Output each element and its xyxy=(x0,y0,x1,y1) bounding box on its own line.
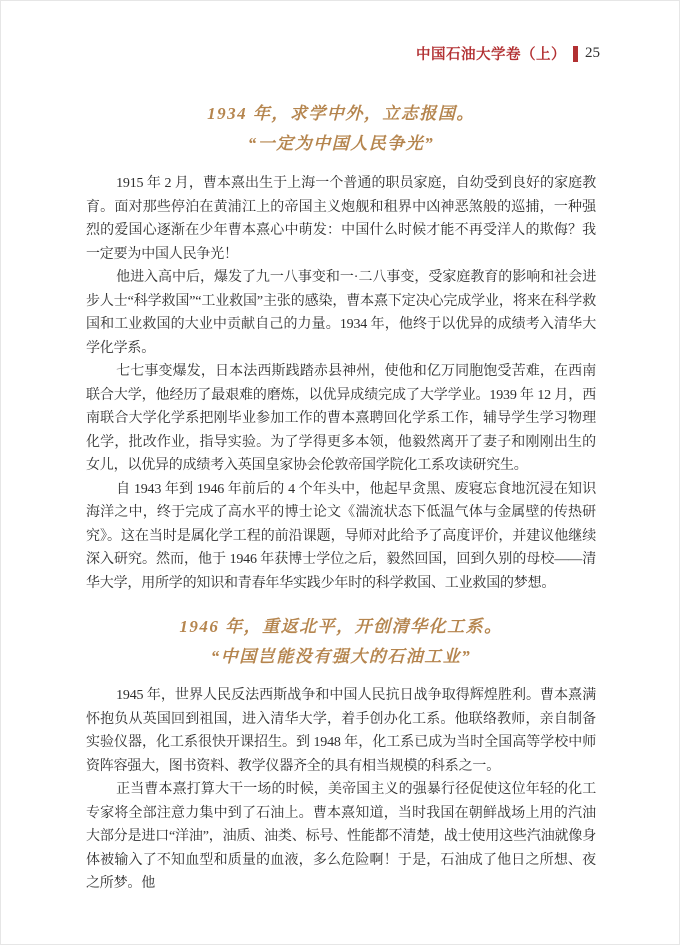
page-content: 1934 年，求学中外，立志报国。 “一定为中国人民争光” 1915 年 2 月… xyxy=(86,1,596,896)
paragraph-high-school-resolve: 他进入高中后，爆发了九一八事变和一·二八事变，受家庭教育的影响和社会进步人士“科… xyxy=(86,266,596,360)
section-1934-body: 1915 年 2 月，曹本熹出生于上海一个普通的职员家庭，自幼受到良好的家庭教育… xyxy=(86,172,596,595)
section-heading-1946: 1946 年，重返北平，开创清华化工系。 “中国岂能没有强大的石油工业” xyxy=(86,612,596,672)
book-page: 中国石油大学卷（上） 25 1934 年，求学中外，立志报国。 “一定为中国人民… xyxy=(0,0,680,945)
paragraph-birth-family: 1915 年 2 月，曹本熹出生于上海一个普通的职员家庭，自幼受到良好的家庭教育… xyxy=(86,172,596,266)
section-1946-heading-line-2: “中国岂能没有强大的石油工业” xyxy=(86,642,596,672)
paragraph-doctorate-return: 自 1943 年到 1946 年前后的 4 个年头中，他起早贪黑、废寝忘食地沉浸… xyxy=(86,478,596,596)
section-1946: 1946 年，重返北平，开创清华化工系。 “中国岂能没有强大的石油工业” 194… xyxy=(86,612,596,896)
section-1934-heading-line-2: “一定为中国人民争光” xyxy=(86,129,596,159)
section-heading-1934: 1934 年，求学中外，立志报国。 “一定为中国人民争光” xyxy=(86,99,596,159)
section-1934: 1934 年，求学中外，立志报国。 “一定为中国人民争光” 1915 年 2 月… xyxy=(86,99,596,595)
paragraph-petroleum-focus: 正当曹本熹打算大干一场的时候，美帝国主义的强暴行径促使这位年轻的化工专家将全部注… xyxy=(86,778,596,896)
section-1946-heading-line-1: 1946 年，重返北平，开创清华化工系。 xyxy=(86,612,596,642)
section-1934-heading-line-1: 1934 年，求学中外，立志报国。 xyxy=(86,99,596,129)
section-1946-body: 1945 年，世界人民反法西斯战争和中国人民抗日战争取得辉煌胜利。曹本熹满怀抱负… xyxy=(86,684,596,896)
paragraph-founding-department: 1945 年，世界人民反法西斯战争和中国人民抗日战争取得辉煌胜利。曹本熹满怀抱负… xyxy=(86,684,596,778)
paragraph-wartime-study: 七七事变爆发，日本法西斯践踏赤县神州，使他和亿万同胞饱受苦难，在西南联合大学，他… xyxy=(86,360,596,478)
